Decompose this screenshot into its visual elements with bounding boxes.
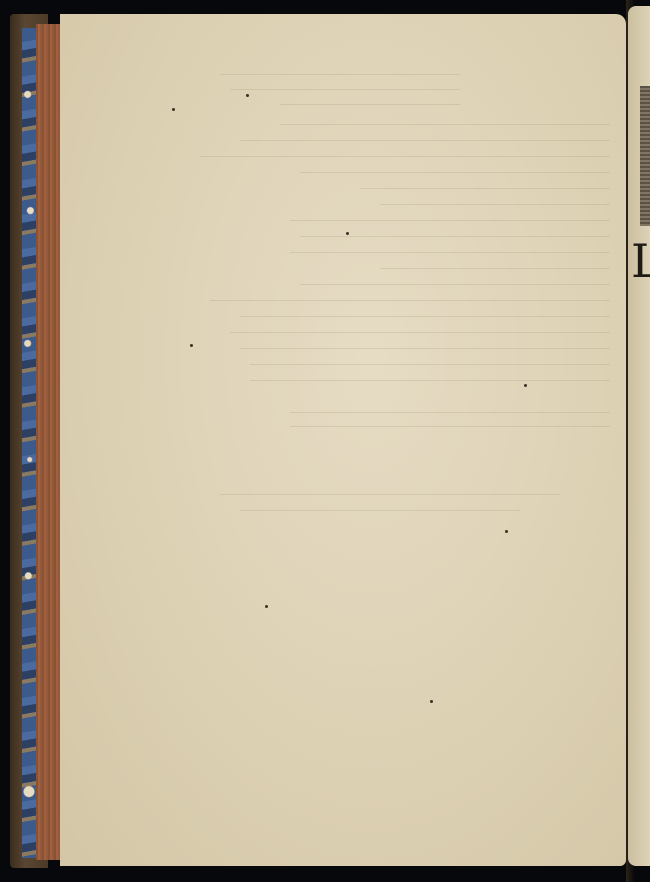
foxing-speck: [524, 384, 527, 387]
facing-page-engraving: [640, 86, 650, 226]
showthrough-line: [380, 268, 610, 269]
showthrough-line: [360, 188, 610, 189]
foxing-speck: [346, 232, 349, 235]
showthrough-line: [300, 172, 610, 173]
showthrough-line: [300, 284, 610, 285]
showthrough-line: [300, 236, 610, 237]
foxing-speck: [505, 530, 508, 533]
showthrough-line: [280, 104, 460, 105]
red-page-edge: [36, 24, 60, 860]
showthrough-line: [290, 426, 610, 427]
showthrough-line: [280, 124, 610, 125]
showthrough-line: [240, 510, 520, 511]
showthrough-line: [290, 412, 610, 413]
foxing-speck: [265, 605, 268, 608]
showthrough-line: [200, 156, 610, 157]
showthrough-line: [380, 204, 610, 205]
showthrough-line: [230, 332, 610, 333]
showthrough-line: [220, 74, 460, 75]
facing-page-initial: L: [631, 238, 650, 284]
showthrough-line: [250, 364, 610, 365]
showthrough-line: [240, 348, 610, 349]
book-page: [60, 14, 626, 866]
showthrough-line: [250, 380, 610, 381]
showthrough-line: [240, 140, 610, 141]
foxing-speck: [246, 94, 249, 97]
showthrough-line: [240, 316, 610, 317]
foxing-speck: [190, 344, 193, 347]
showthrough-line: [210, 300, 610, 301]
showthrough-line: [290, 252, 610, 253]
showthrough-line: [290, 220, 610, 221]
showthrough-line: [230, 89, 460, 90]
foxing-speck: [172, 108, 175, 111]
showthrough-line: [220, 494, 560, 495]
marbled-cover-edge: [22, 28, 36, 858]
foxing-speck: [430, 700, 433, 703]
